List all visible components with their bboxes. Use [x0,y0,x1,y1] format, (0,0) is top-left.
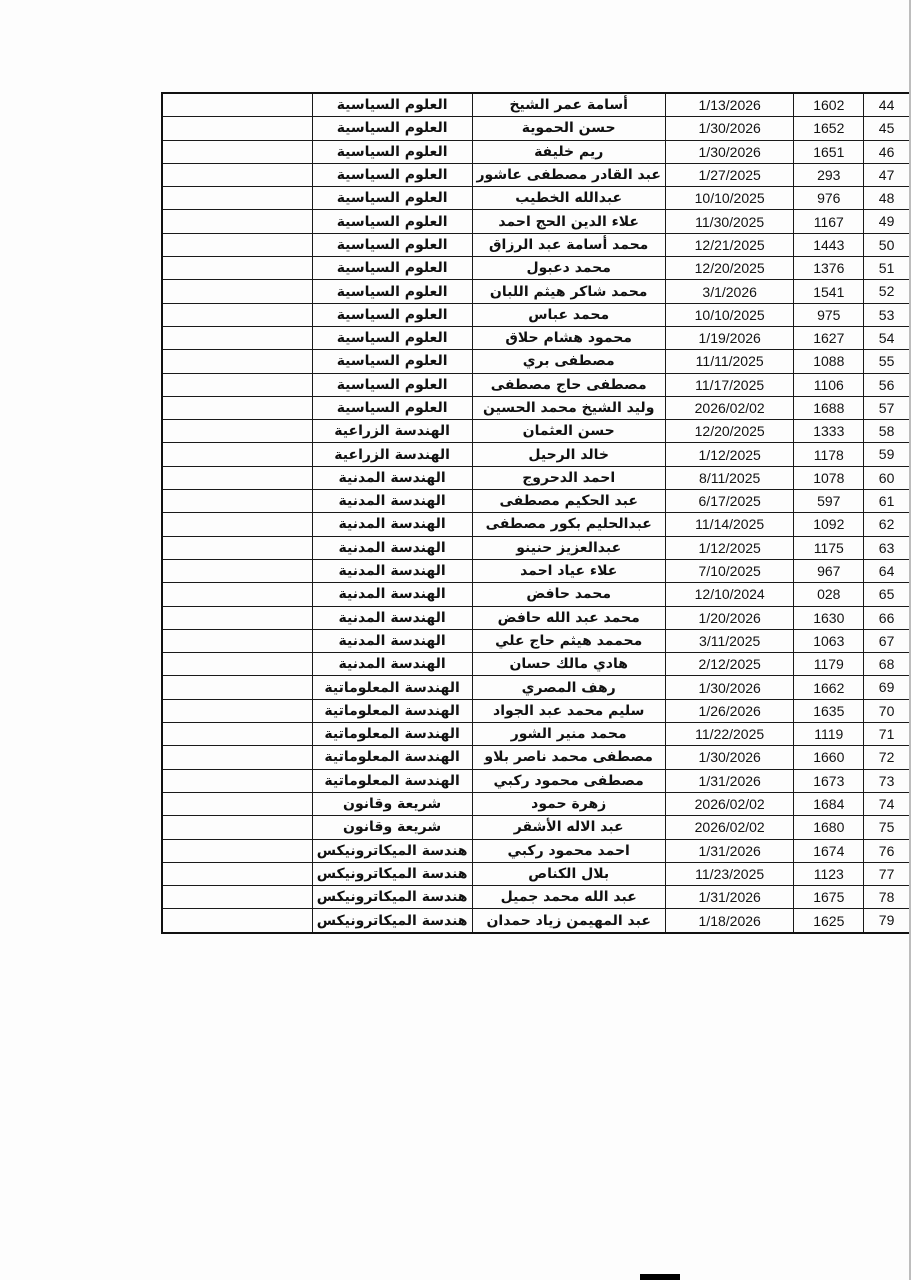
id-cell: 028 [794,583,864,606]
major-cell: الهندسة المدنية [312,536,472,559]
date-cell: 11/22/2025 [665,723,794,746]
row-number-cell: 47 [864,163,910,186]
note-cell [162,792,312,815]
id-cell: 1106 [794,373,864,396]
note-cell [162,117,312,140]
id-cell: 1602 [794,93,864,117]
note-cell [162,163,312,186]
id-cell: 1376 [794,257,864,280]
id-cell: 1635 [794,699,864,722]
date-cell: 3/1/2026 [665,280,794,303]
name-cell: بلال الكناص [472,862,665,885]
row-number-cell: 54 [864,326,910,349]
major-cell: العلوم السياسية [312,350,472,373]
id-cell: 976 [794,187,864,210]
id-cell: 967 [794,559,864,582]
row-number-cell: 64 [864,559,910,582]
row-number-cell: 59 [864,443,910,466]
name-cell: زهرة حمود [472,792,665,815]
row-number-cell: 77 [864,862,910,885]
major-cell: الهندسة المدنية [312,466,472,489]
row-number-cell: 75 [864,816,910,839]
id-cell: 1627 [794,326,864,349]
table-row: الهندسة المدنية احمد الدحروج 8/11/2025 1… [162,466,910,489]
row-number-cell: 55 [864,350,910,373]
date-cell: 1/13/2026 [665,93,794,117]
date-cell: 12/20/2025 [665,420,794,443]
table-row: الهندسة الزراعية خالد الرحيل 1/12/2025 1… [162,443,910,466]
row-number-cell: 45 [864,117,910,140]
row-number-cell: 46 [864,140,910,163]
note-cell [162,303,312,326]
table-row: الهندسة المدنية محمد عبد الله حافض 1/20/… [162,606,910,629]
table-row: الهندسة المعلوماتية رهف المصري 1/30/2026… [162,676,910,699]
id-cell: 1078 [794,466,864,489]
id-cell: 1092 [794,513,864,536]
id-cell: 1443 [794,233,864,256]
date-cell: 2/12/2025 [665,653,794,676]
row-number-cell: 66 [864,606,910,629]
table-row: الهندسة الزراعية حسن العثمان 12/20/2025 … [162,420,910,443]
major-cell: الهندسة المدنية [312,606,472,629]
table-row: العلوم السياسية ريم خليفة 1/30/2026 1651… [162,140,910,163]
note-cell [162,373,312,396]
table-row: الهندسة المدنية عبدالعزيز حنينو 1/12/202… [162,536,910,559]
name-cell: محممد هيثم حاج علي [472,629,665,652]
date-cell: 1/12/2025 [665,443,794,466]
name-cell: محمد دعبول [472,257,665,280]
name-cell: محمد حافض [472,583,665,606]
table-row: الهندسة المدنية محمد حافض 12/10/2024 028… [162,583,910,606]
major-cell: الهندسة المدنية [312,559,472,582]
id-cell: 1652 [794,117,864,140]
row-number-cell: 49 [864,210,910,233]
major-cell: العلوم السياسية [312,396,472,419]
major-cell: العلوم السياسية [312,373,472,396]
row-number-cell: 58 [864,420,910,443]
row-number-cell: 69 [864,676,910,699]
name-cell: عبد الحكيم مصطفى [472,490,665,513]
table-row: الهندسة المدنية علاء عياد احمد 7/10/2025… [162,559,910,582]
row-number-cell: 56 [864,373,910,396]
table-row: العلوم السياسية محمد دعبول 12/20/2025 13… [162,257,910,280]
major-cell: هندسة الميكاترونيكس [312,909,472,933]
table-row: هندسة الميكاترونيكس بلال الكناص 11/23/20… [162,862,910,885]
note-cell [162,699,312,722]
note-cell [162,629,312,652]
major-cell: العلوم السياسية [312,210,472,233]
major-cell: الهندسة المدنية [312,513,472,536]
note-cell [162,606,312,629]
note-cell [162,187,312,210]
note-cell [162,93,312,117]
row-number-cell: 50 [864,233,910,256]
major-cell: الهندسة الزراعية [312,443,472,466]
table-row: الهندسة المدنية هادي مالك حسان 2/12/2025… [162,653,910,676]
name-cell: محمد أسامة عبد الرزاق [472,233,665,256]
row-number-cell: 62 [864,513,910,536]
row-number-cell: 72 [864,746,910,769]
id-cell: 597 [794,490,864,513]
row-number-cell: 78 [864,886,910,909]
major-cell: هندسة الميكاترونيكس [312,886,472,909]
major-cell: الهندسة المدنية [312,490,472,513]
row-number-cell: 76 [864,839,910,862]
name-cell: محمد عبد الله حافض [472,606,665,629]
note-cell [162,210,312,233]
row-number-cell: 65 [864,583,910,606]
name-cell: عبدالحليم بكور مصطفى [472,513,665,536]
name-cell: علاء الدين الحج احمد [472,210,665,233]
note-cell [162,583,312,606]
major-cell: الهندسة المعلوماتية [312,769,472,792]
major-cell: الهندسة المدنية [312,629,472,652]
page-footer-mark [640,1274,680,1280]
row-number-cell: 79 [864,909,910,933]
id-cell: 1662 [794,676,864,699]
date-cell: 10/10/2025 [665,187,794,210]
major-cell: العلوم السياسية [312,303,472,326]
date-cell: 2026/02/02 [665,396,794,419]
date-cell: 1/30/2026 [665,117,794,140]
major-cell: الهندسة المدنية [312,583,472,606]
note-cell [162,466,312,489]
note-cell [162,420,312,443]
name-cell: حسن العثمان [472,420,665,443]
note-cell [162,257,312,280]
id-cell: 1673 [794,769,864,792]
note-cell [162,653,312,676]
name-cell: مصطفى محمد ناصر بلاو [472,746,665,769]
table-row: الهندسة المدنية محممد هيثم حاج علي 3/11/… [162,629,910,652]
major-cell: العلوم السياسية [312,257,472,280]
id-cell: 1675 [794,886,864,909]
date-cell: 8/11/2025 [665,466,794,489]
name-cell: هادي مالك حسان [472,653,665,676]
table-row: العلوم السياسية حسن الحموية 1/30/2026 16… [162,117,910,140]
major-cell: العلوم السياسية [312,93,472,117]
note-cell [162,326,312,349]
major-cell: العلوم السياسية [312,163,472,186]
name-cell: حسن الحموية [472,117,665,140]
table-row: هندسة الميكاترونيكس عبد الله محمد جميل 1… [162,886,910,909]
note-cell [162,769,312,792]
date-cell: 1/30/2026 [665,676,794,699]
date-cell: 1/19/2026 [665,326,794,349]
note-cell [162,490,312,513]
note-cell [162,886,312,909]
note-cell [162,233,312,256]
name-cell: محمد شاكر هيثم اللبان [472,280,665,303]
name-cell: علاء عياد احمد [472,559,665,582]
note-cell [162,443,312,466]
name-cell: عبدالله الخطيب [472,187,665,210]
name-cell: رهف المصري [472,676,665,699]
note-cell [162,746,312,769]
name-cell: عبد القادر مصطفى عاشور [472,163,665,186]
major-cell: العلوم السياسية [312,187,472,210]
date-cell: 1/31/2026 [665,886,794,909]
table-row: هندسة الميكاترونيكس عبد المهيمن زياد حمد… [162,909,910,933]
date-cell: 1/31/2026 [665,839,794,862]
table-row: الهندسة المدنية عبدالحليم بكور مصطفى 11/… [162,513,910,536]
name-cell: محمد عباس [472,303,665,326]
major-cell: العلوم السياسية [312,326,472,349]
note-cell [162,280,312,303]
row-number-cell: 70 [864,699,910,722]
note-cell [162,140,312,163]
row-number-cell: 52 [864,280,910,303]
major-cell: العلوم السياسية [312,233,472,256]
date-cell: 1/12/2025 [665,536,794,559]
note-cell [162,513,312,536]
name-cell: محمد منير الشور [472,723,665,746]
note-cell [162,839,312,862]
table-row: شريعة وقانون زهرة حمود 2026/02/02 1684 7… [162,792,910,815]
note-cell [162,816,312,839]
major-cell: الهندسة المعلوماتية [312,746,472,769]
id-cell: 1680 [794,816,864,839]
date-cell: 1/27/2025 [665,163,794,186]
table-row: العلوم السياسية مصطفى حاج مصطفى 11/17/20… [162,373,910,396]
date-cell: 10/10/2025 [665,303,794,326]
row-number-cell: 51 [864,257,910,280]
table-row: العلوم السياسية محمد أسامة عبد الرزاق 12… [162,233,910,256]
name-cell: مصطفى محمود ركبي [472,769,665,792]
table-row: العلوم السياسية عبدالله الخطيب 10/10/202… [162,187,910,210]
table-row: العلوم السياسية مصطفى بري 11/11/2025 108… [162,350,910,373]
table-row: الهندسة المعلوماتية محمد منير الشور 11/2… [162,723,910,746]
date-cell: 11/23/2025 [665,862,794,885]
major-cell: الهندسة المدنية [312,653,472,676]
row-number-cell: 63 [864,536,910,559]
id-cell: 293 [794,163,864,186]
name-cell: مصطفى بري [472,350,665,373]
name-cell: محمود هشام حلاق [472,326,665,349]
id-cell: 1625 [794,909,864,933]
date-cell: 1/30/2026 [665,746,794,769]
name-cell: احمد محمود ركبي [472,839,665,862]
table-row: العلوم السياسية محمود هشام حلاق 1/19/202… [162,326,910,349]
row-number-cell: 60 [864,466,910,489]
table-row: العلوم السياسية أسامة عمر الشيخ 1/13/202… [162,93,910,117]
date-cell: 11/11/2025 [665,350,794,373]
table-row: العلوم السياسية علاء الدين الحج احمد 11/… [162,210,910,233]
major-cell: شريعة وقانون [312,816,472,839]
date-cell: 1/18/2026 [665,909,794,933]
note-cell [162,396,312,419]
major-cell: الهندسة الزراعية [312,420,472,443]
table-row: العلوم السياسية وليد الشيخ محمد الحسين 2… [162,396,910,419]
major-cell: الهندسة المعلوماتية [312,676,472,699]
major-cell: الهندسة المعلوماتية [312,723,472,746]
date-cell: 12/21/2025 [665,233,794,256]
row-number-cell: 44 [864,93,910,117]
table-row: شريعة وقانون عبد الاله الأشقر 2026/02/02… [162,816,910,839]
name-cell: وليد الشيخ محمد الحسين [472,396,665,419]
id-cell: 975 [794,303,864,326]
id-cell: 1123 [794,862,864,885]
note-cell [162,350,312,373]
major-cell: العلوم السياسية [312,140,472,163]
id-cell: 1674 [794,839,864,862]
note-cell [162,723,312,746]
date-cell: 2026/02/02 [665,816,794,839]
date-cell: 11/17/2025 [665,373,794,396]
date-cell: 7/10/2025 [665,559,794,582]
table-row: الهندسة المعلوماتية مصطفى محمد ناصر بلاو… [162,746,910,769]
id-cell: 1175 [794,536,864,559]
table-row: الهندسة المعلوماتية مصطفى محمود ركبي 1/3… [162,769,910,792]
row-number-cell: 48 [864,187,910,210]
major-cell: العلوم السياسية [312,280,472,303]
name-cell: سليم محمد عبد الجواد [472,699,665,722]
id-cell: 1088 [794,350,864,373]
row-number-cell: 67 [864,629,910,652]
major-cell: الهندسة المعلوماتية [312,699,472,722]
id-cell: 1179 [794,653,864,676]
note-cell [162,536,312,559]
table-row: العلوم السياسية عبد القادر مصطفى عاشور 1… [162,163,910,186]
id-cell: 1660 [794,746,864,769]
table-row: العلوم السياسية محمد عباس 10/10/2025 975… [162,303,910,326]
date-cell: 11/30/2025 [665,210,794,233]
id-cell: 1630 [794,606,864,629]
row-number-cell: 61 [864,490,910,513]
table-row: الهندسة المدنية عبد الحكيم مصطفى 6/17/20… [162,490,910,513]
table-body: العلوم السياسية أسامة عمر الشيخ 1/13/202… [162,93,910,933]
date-cell: 2026/02/02 [665,792,794,815]
row-number-cell: 57 [864,396,910,419]
note-cell [162,909,312,933]
id-cell: 1167 [794,210,864,233]
name-cell: مصطفى حاج مصطفى [472,373,665,396]
date-cell: 3/11/2025 [665,629,794,652]
row-number-cell: 53 [864,303,910,326]
id-cell: 1541 [794,280,864,303]
row-number-cell: 71 [864,723,910,746]
note-cell [162,559,312,582]
table-row: هندسة الميكاترونيكس احمد محمود ركبي 1/31… [162,839,910,862]
date-cell: 1/30/2026 [665,140,794,163]
scanned-page: العلوم السياسية أسامة عمر الشيخ 1/13/202… [0,0,911,1280]
name-cell: عبدالعزيز حنينو [472,536,665,559]
name-cell: خالد الرحيل [472,443,665,466]
date-cell: 11/14/2025 [665,513,794,536]
note-cell [162,862,312,885]
row-number-cell: 74 [864,792,910,815]
id-cell: 1333 [794,420,864,443]
major-cell: هندسة الميكاترونيكس [312,839,472,862]
id-cell: 1119 [794,723,864,746]
date-cell: 6/17/2025 [665,490,794,513]
date-cell: 12/20/2025 [665,257,794,280]
major-cell: العلوم السياسية [312,117,472,140]
id-cell: 1063 [794,629,864,652]
name-cell: عبد الله محمد جميل [472,886,665,909]
date-cell: 1/31/2026 [665,769,794,792]
table-row: العلوم السياسية محمد شاكر هيثم اللبان 3/… [162,280,910,303]
student-records-table: العلوم السياسية أسامة عمر الشيخ 1/13/202… [161,92,911,934]
name-cell: عبد الاله الأشقر [472,816,665,839]
date-cell: 12/10/2024 [665,583,794,606]
table-row: الهندسة المعلوماتية سليم محمد عبد الجواد… [162,699,910,722]
id-cell: 1178 [794,443,864,466]
name-cell: احمد الدحروج [472,466,665,489]
row-number-cell: 68 [864,653,910,676]
id-cell: 1651 [794,140,864,163]
date-cell: 1/20/2026 [665,606,794,629]
id-cell: 1684 [794,792,864,815]
name-cell: عبد المهيمن زياد حمدان [472,909,665,933]
id-cell: 1688 [794,396,864,419]
name-cell: ريم خليفة [472,140,665,163]
major-cell: شريعة وقانون [312,792,472,815]
note-cell [162,676,312,699]
row-number-cell: 73 [864,769,910,792]
major-cell: هندسة الميكاترونيكس [312,862,472,885]
date-cell: 1/26/2026 [665,699,794,722]
name-cell: أسامة عمر الشيخ [472,93,665,117]
